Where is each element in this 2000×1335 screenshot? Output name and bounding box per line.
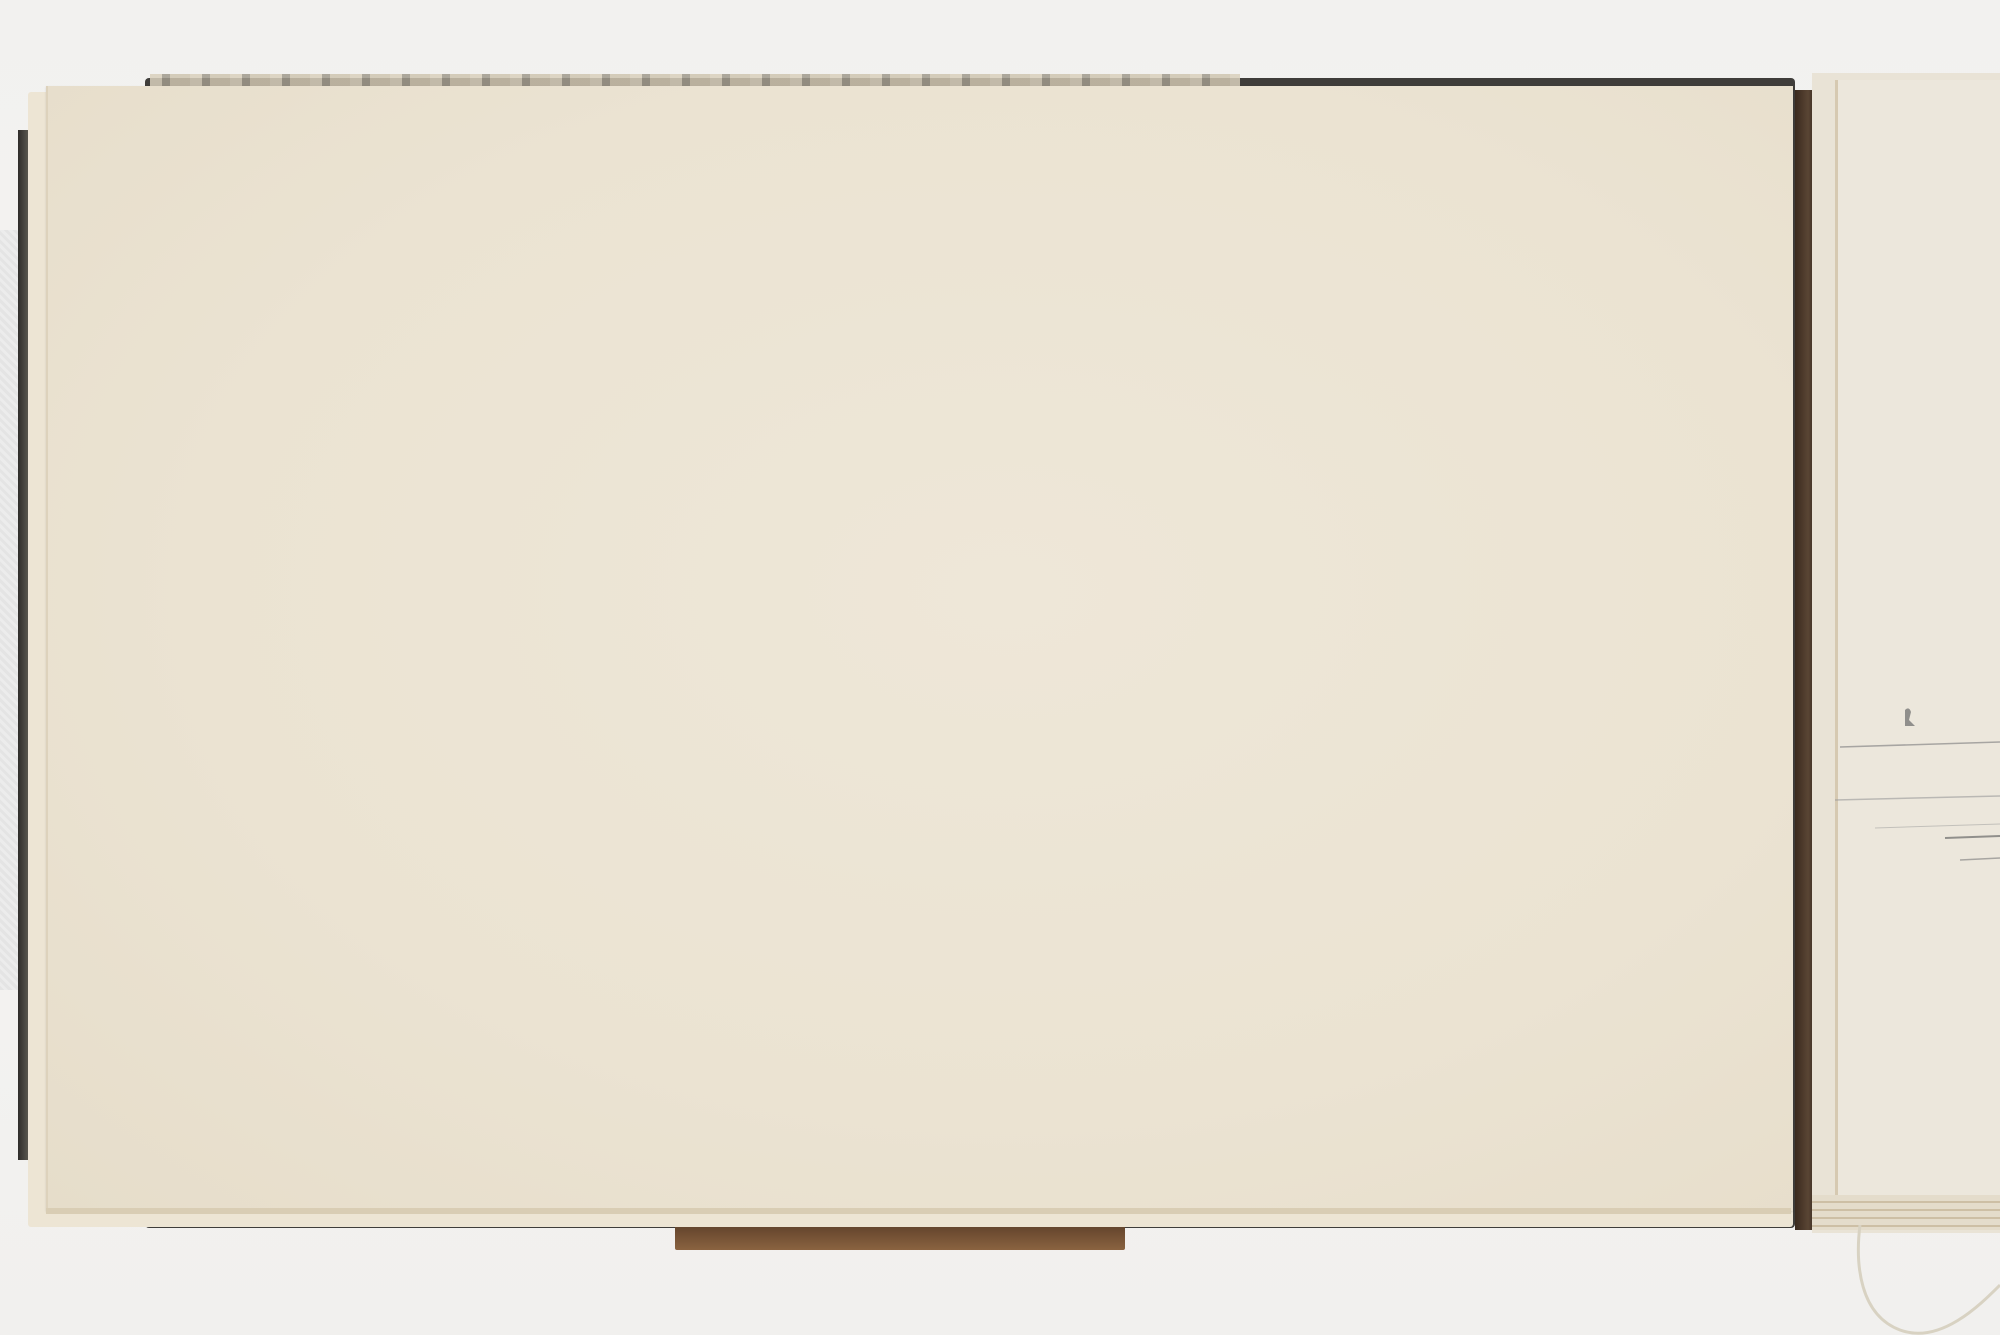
sketchbook-photo	[0, 0, 2000, 1335]
page-edge	[46, 1208, 1791, 1214]
blank-page	[46, 86, 1793, 1211]
pencil-sketch	[1835, 700, 2000, 900]
adjacent-page	[1835, 80, 2000, 1195]
binding-thread	[1830, 1225, 2000, 1335]
